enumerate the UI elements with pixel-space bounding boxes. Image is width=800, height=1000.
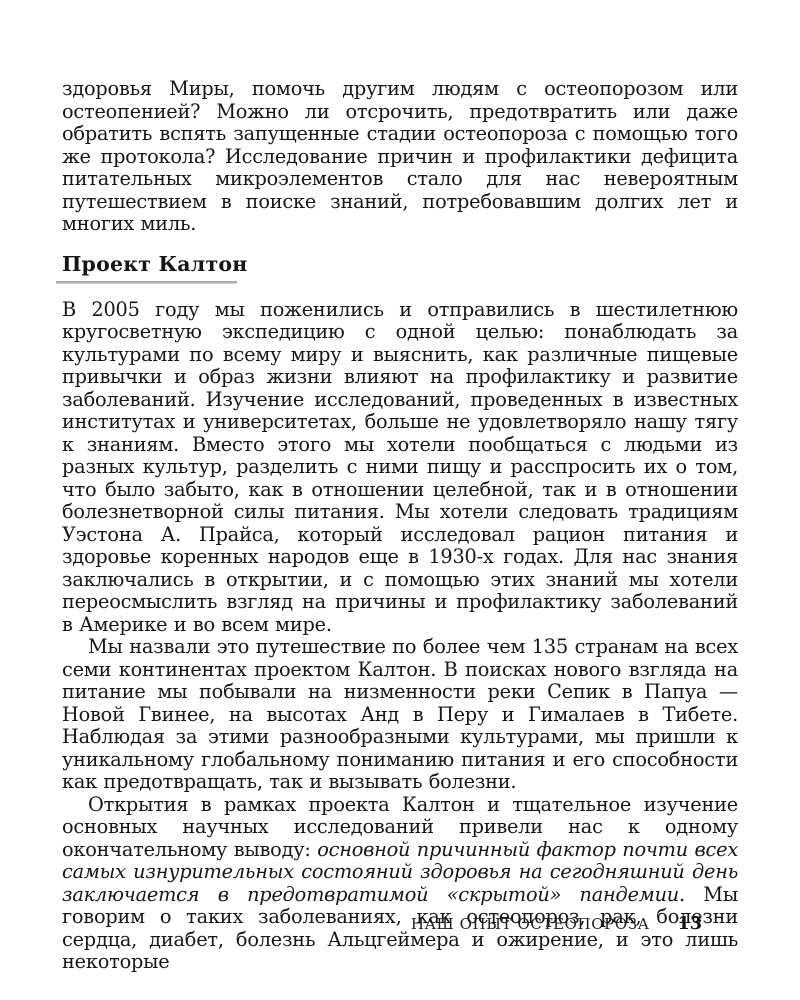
text-segment: В 2005 году мы поженились и отправились … bbox=[62, 298, 738, 636]
book-page: здоровья Миры, помочь другим людям с ост… bbox=[0, 0, 800, 1000]
page-footer: НАШ ОПЫТ ОСТЕОПОРОЗА 13 bbox=[411, 914, 702, 934]
paragraph: Мы назвали это путешествие по более чем … bbox=[62, 636, 738, 794]
section-header: Проект Калтон bbox=[62, 253, 738, 284]
page-number: 13 bbox=[678, 914, 702, 934]
running-title: НАШ ОПЫТ ОСТЕОПОРОЗА bbox=[411, 915, 650, 933]
lead-paragraph: здоровья Миры, помочь другим людям с ост… bbox=[62, 78, 738, 236]
paragraph: В 2005 году мы поженились и отправились … bbox=[62, 299, 738, 637]
body-paragraphs: В 2005 году мы поженились и отправились … bbox=[62, 299, 738, 974]
paragraph: Открытия в рамках проекта Калтон и тщате… bbox=[62, 794, 738, 974]
section-heading: Проект Калтон bbox=[62, 253, 738, 276]
text-block: здоровья Миры, помочь другим людям с ост… bbox=[62, 78, 738, 974]
heading-underline-rule bbox=[56, 281, 237, 284]
text-segment: Мы назвали это путешествие по более чем … bbox=[62, 635, 738, 793]
